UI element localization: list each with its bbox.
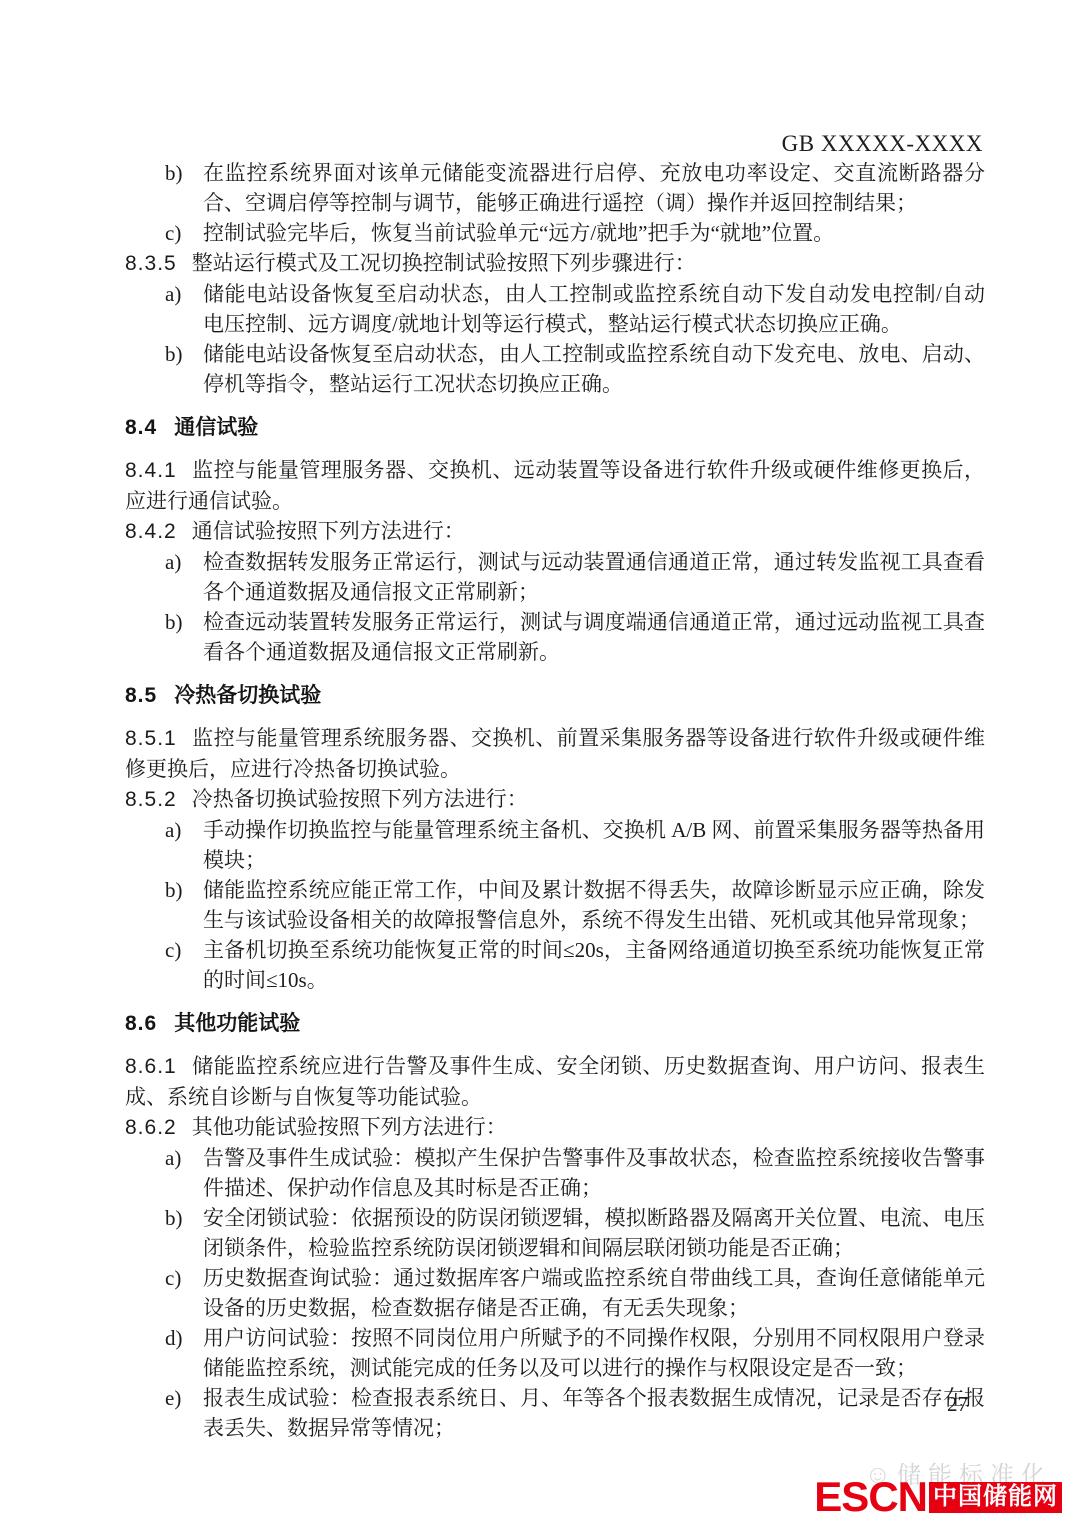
clause-number: 8.6.2 [125,1116,192,1139]
list-item-label: b) [165,607,183,637]
section-number: 8.4 [125,416,174,439]
list-item-text: 检查远动装置转发服务正常运行，测试与调度端通信通道正常，通过远动监视工具查看各个… [203,610,985,664]
list-item-label: a) [165,547,181,577]
clause-number: 8.5.1 [125,727,192,750]
list-item-text: 用户访问试验：按照不同岗位用户所赋予的不同操作权限，分别用不同权限用户登录储能监… [203,1326,985,1380]
escn-logo: ESCN 中国储能网 [814,1476,1062,1518]
list-item: b)储能电站设备恢复至启动状态，由人工控制或监控系统自动下发充电、放电、启动、停… [125,339,985,399]
list-item-label: a) [165,279,181,309]
document-body: b)在监控系统界面对该单元储能变流器进行启停、充放电功率设定、交直流断路器分合、… [125,158,985,1443]
list-item-label: b) [165,339,183,369]
section-number: 8.6 [125,1012,174,1035]
list-item: c)主备机切换至系统功能恢复正常的时间≤20s，主备网络通道切换至系统功能恢复正… [125,935,985,995]
clause-paragraph: 8.5.2冷热备切换试验按照下列方法进行： [125,784,985,815]
clause-text: 监控与能量管理服务器、交换机、远动装置等设备进行软件升级或硬件维修更换后，应进行… [125,458,985,513]
clause-paragraph: 8.4.1监控与能量管理服务器、交换机、远动装置等设备进行软件升级或硬件维修更换… [125,455,985,516]
clause-paragraph: 8.5.1监控与能量管理系统服务器、交换机、前置采集服务器等设备进行软件升级或硬… [125,723,985,784]
list-item-label: d) [165,1323,183,1353]
list-item: b)检查远动装置转发服务正常运行，测试与调度端通信通道正常，通过远动监视工具查看… [125,607,985,667]
list-item: a)检查数据转发服务正常运行，测试与远动装置通信通道正常，通过转发监视工具查看各… [125,547,985,607]
list-item-text: 检查数据转发服务正常运行，测试与远动装置通信通道正常，通过转发监视工具查看各个通… [203,550,985,604]
list-item-text: 控制试验完毕后，恢复当前试验单元“远方/就地”把手为“就地”位置。 [203,221,834,245]
list-item-text: 手动操作切换监控与能量管理系统主备机、交换机 A/B 网、前置采集服务器等热备用… [203,818,985,872]
list-item: c)历史数据查询试验：通过数据库客户端或监控系统自带曲线工具，查询任意储能单元设… [125,1263,985,1323]
list-item-text: 储能电站设备恢复至启动状态，由人工控制或监控系统自动下发充电、放电、启动、停机等… [203,342,985,396]
list-item-label: c) [165,935,181,965]
clause-text: 其他功能试验按照下列方法进行： [192,1115,507,1139]
list-item-label: b) [165,158,183,188]
list-item-label: b) [165,1203,183,1233]
list-item-label: a) [165,815,181,845]
list-item: a)告警及事件生成试验：模拟产生保护告警事件及事故状态，检查监控系统接收告警事件… [125,1143,985,1203]
section-number: 8.5 [125,684,174,707]
section-title: 通信试验 [174,416,258,439]
doc-code: GB XXXXX-XXXX [782,131,983,157]
list-item-label: a) [165,1143,181,1173]
clause-text: 监控与能量管理系统服务器、交换机、前置采集服务器等设备进行软件升级或硬件维修更换… [125,726,985,781]
escn-logo-text: ESCN [814,1476,927,1518]
list-item-text: 历史数据查询试验：通过数据库客户端或监控系统自带曲线工具，查询任意储能单元设备的… [203,1266,985,1320]
clause-text: 整站运行模式及工况切换控制试验按照下列步骤进行： [192,251,696,275]
clause-text: 储能监控系统应进行告警及事件生成、安全闭锁、历史数据查询、用户访问、报表生成、系… [125,1054,985,1109]
clause-number: 8.3.5 [125,252,192,275]
list-item: c)控制试验完毕后，恢复当前试验单元“远方/就地”把手为“就地”位置。 [125,218,985,248]
escn-logo-site-name: 中国储能网 [929,1482,1062,1513]
clause-number: 8.6.1 [125,1055,192,1078]
clause-number: 8.4.2 [125,520,192,543]
clause-paragraph: 8.3.5整站运行模式及工况切换控制试验按照下列步骤进行： [125,248,985,279]
list-item-text: 储能监控系统应能正常工作，中间及累计数据不得丢失，故障诊断显示应正确，除发生与该… [203,878,985,932]
list-item-label: c) [165,218,181,248]
document-page: GB XXXXX-XXXX b)在监控系统界面对该单元储能变流器进行启停、充放电… [0,0,1080,1528]
clause-number: 8.4.1 [125,459,192,482]
list-item: e)报表生成试验：检查报表系统日、月、年等各个报表数据生成情况，记录是否存在报表… [125,1383,985,1443]
section-title: 其他功能试验 [174,1012,300,1035]
list-item-text: 报表生成试验：检查报表系统日、月、年等各个报表数据生成情况，记录是否存在报表丢失… [203,1386,985,1440]
list-item-text: 告警及事件生成试验：模拟产生保护告警事件及事故状态，检查监控系统接收告警事件描述… [203,1146,985,1200]
list-item: b)安全闭锁试验：依据预设的防误闭锁逻辑，模拟断路器及隔离开关位置、电流、电压闭… [125,1203,985,1263]
list-item-label: b) [165,875,183,905]
clause-text: 通信试验按照下列方法进行： [192,519,465,543]
section-heading: 8.6其他功能试验 [125,1009,985,1039]
list-item-text: 主备机切换至系统功能恢复正常的时间≤20s，主备网络通道切换至系统功能恢复正常的… [203,938,985,992]
section-title: 冷热备切换试验 [174,684,321,707]
list-item-label: c) [165,1263,181,1293]
list-item-text: 安全闭锁试验：依据预设的防误闭锁逻辑，模拟断路器及隔离开关位置、电流、电压闭锁条… [203,1206,985,1260]
clause-paragraph: 8.6.2其他功能试验按照下列方法进行： [125,1112,985,1143]
list-item: a)储能电站设备恢复至启动状态，由人工控制或监控系统自动下发自动发电控制/自动电… [125,279,985,339]
list-item-label: e) [165,1383,181,1413]
list-item: a)手动操作切换监控与能量管理系统主备机、交换机 A/B 网、前置采集服务器等热… [125,815,985,875]
section-heading: 8.5冷热备切换试验 [125,681,985,711]
list-item: b)储能监控系统应能正常工作，中间及累计数据不得丢失，故障诊断显示应正确，除发生… [125,875,985,935]
list-item: b)在监控系统界面对该单元储能变流器进行启停、充放电功率设定、交直流断路器分合、… [125,158,985,218]
page-number: 27 [947,1392,968,1417]
clause-paragraph: 8.6.1储能监控系统应进行告警及事件生成、安全闭锁、历史数据查询、用户访问、报… [125,1051,985,1112]
clause-paragraph: 8.4.2通信试验按照下列方法进行： [125,516,985,547]
list-item-text: 在监控系统界面对该单元储能变流器进行启停、充放电功率设定、交直流断路器分合、空调… [203,161,985,215]
list-item-text: 储能电站设备恢复至启动状态，由人工控制或监控系统自动下发自动发电控制/自动电压控… [203,282,985,336]
clause-text: 冷热备切换试验按照下列方法进行： [192,787,528,811]
clause-number: 8.5.2 [125,788,192,811]
list-item: d)用户访问试验：按照不同岗位用户所赋予的不同操作权限，分别用不同权限用户登录储… [125,1323,985,1383]
section-heading: 8.4通信试验 [125,413,985,443]
